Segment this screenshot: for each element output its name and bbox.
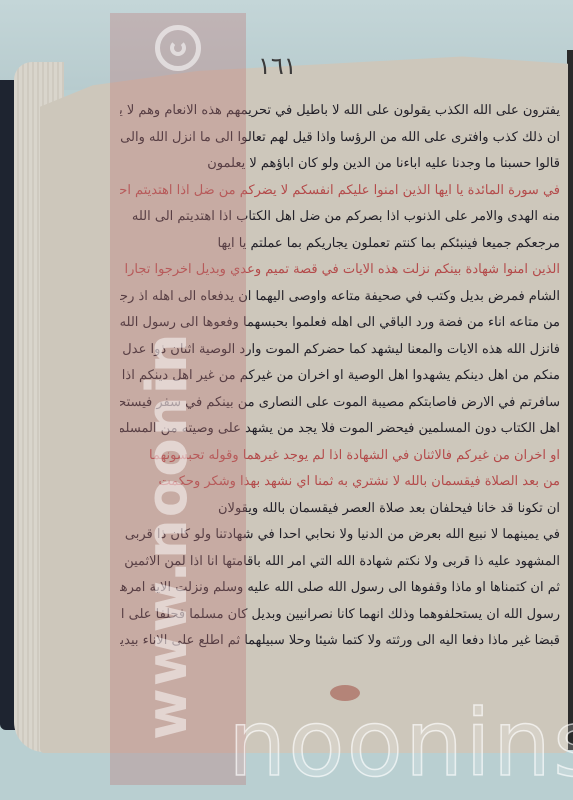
watermark-logo-icon: [155, 25, 201, 71]
watermark-bottom-text: noonins: [228, 690, 573, 797]
watermark-vertical-text: www.noonin: [135, 331, 200, 740]
page-number: ١٦١: [258, 52, 297, 80]
